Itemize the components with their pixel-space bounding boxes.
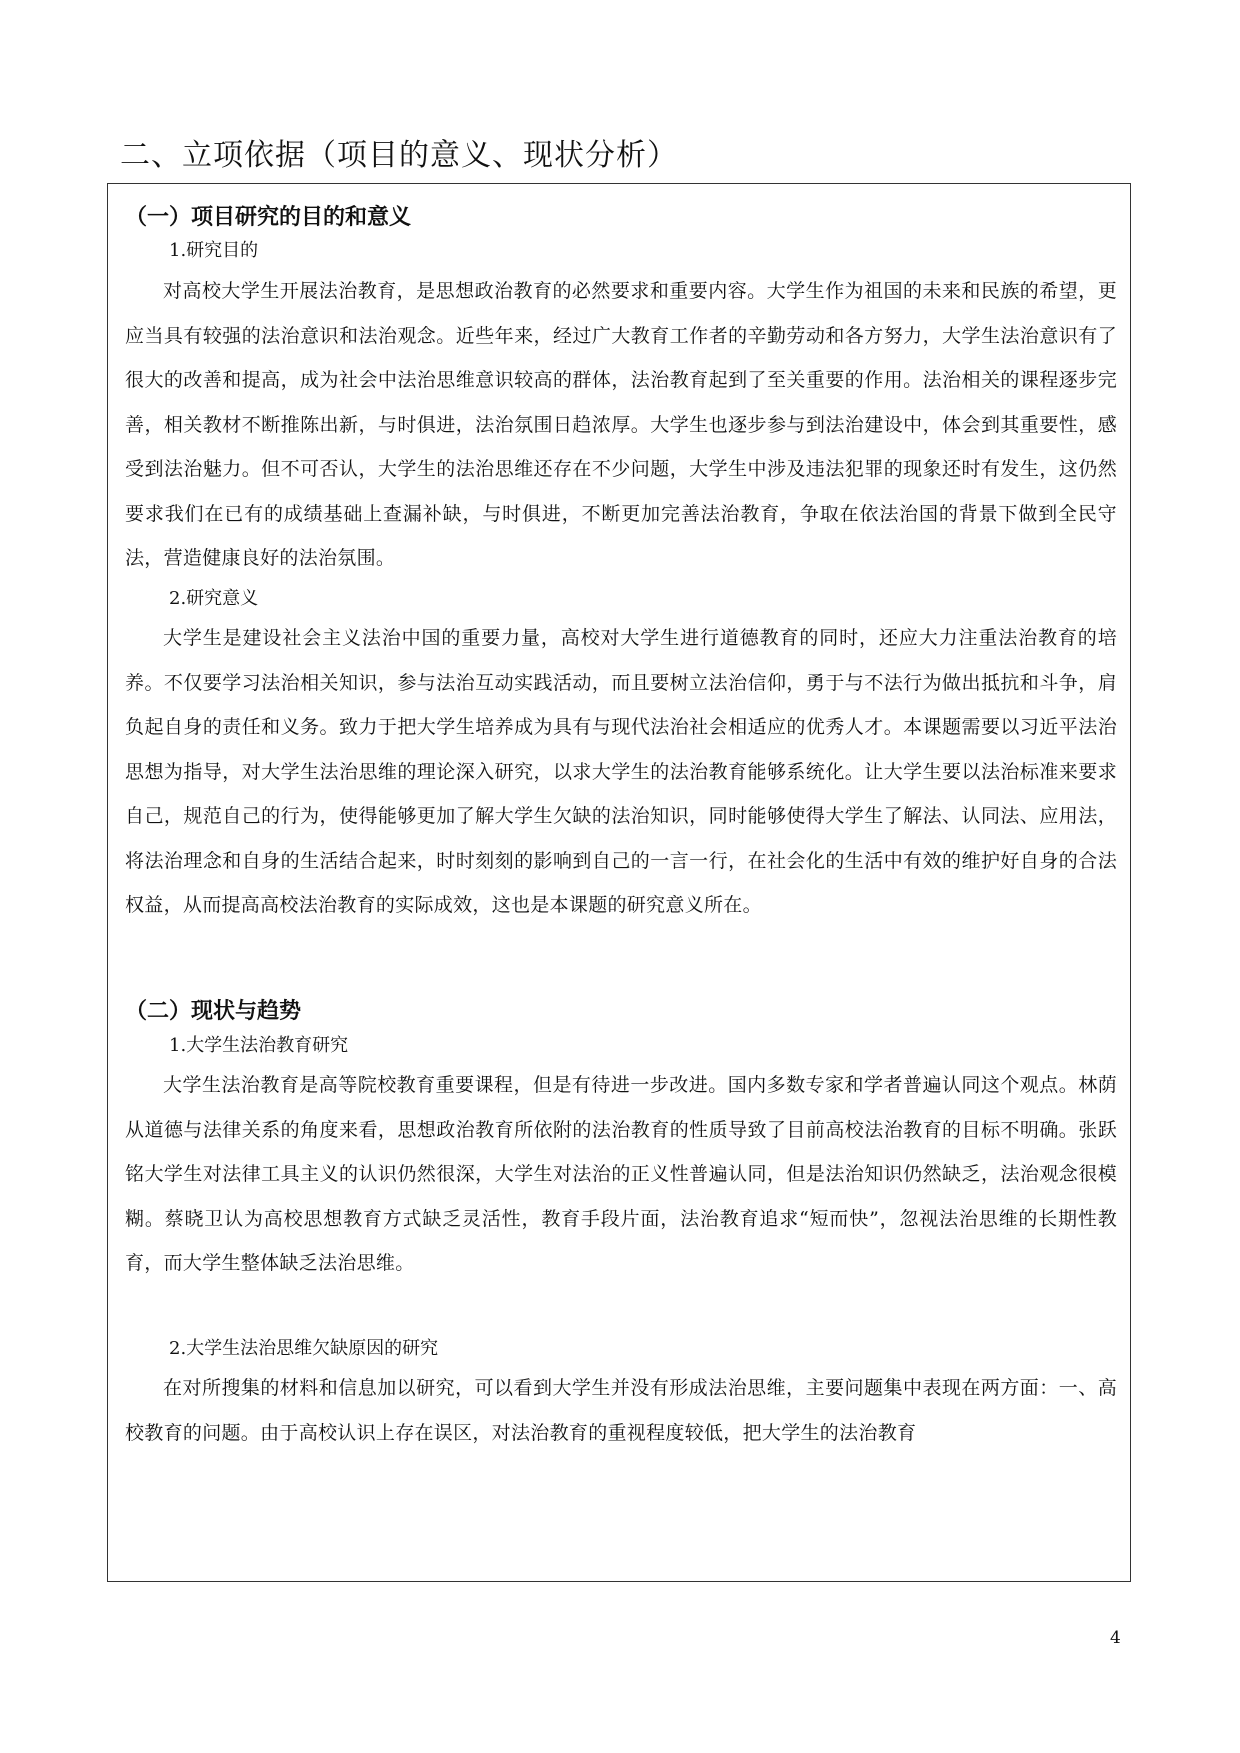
paragraph-research-purpose: 对高校大学生开展法治教育，是思想政治教育的必然要求和重要内容。大学生作为祖国的未… (125, 269, 1117, 581)
paragraph-research-significance: 大学生是建设社会主义法治中国的重要力量，高校对大学生进行道德教育的同时，还应大力… (125, 616, 1117, 928)
page-number: 4 (1110, 1628, 1121, 1648)
label-research-significance: 2.研究意义 (169, 584, 258, 610)
paragraph-rule-of-law-education-research: 大学生法治教育是高等院校教育重要课程，但是有待进一步改进。国内多数专家和学者普遍… (125, 1063, 1117, 1286)
label-deficiency-causes-research: 2.大学生法治思维欠缺原因的研究 (169, 1334, 438, 1360)
heading-status-trends: （二）现状与趋势 (125, 994, 301, 1025)
heading-purpose-significance: （一）项目研究的目的和意义 (125, 200, 411, 231)
label-rule-of-law-education-research: 1.大学生法治教育研究 (169, 1031, 348, 1057)
section-title: 二、立项依据（项目的意义、现状分析） (120, 130, 678, 174)
paragraph-deficiency-causes-research: 在对所搜集的材料和信息加以研究，可以看到大学生并没有形成法治思维，主要问题集中表… (125, 1366, 1117, 1455)
content-box: （一）项目研究的目的和意义 1.研究目的 对高校大学生开展法治教育，是思想政治教… (107, 183, 1131, 1582)
label-research-purpose: 1.研究目的 (169, 236, 258, 262)
